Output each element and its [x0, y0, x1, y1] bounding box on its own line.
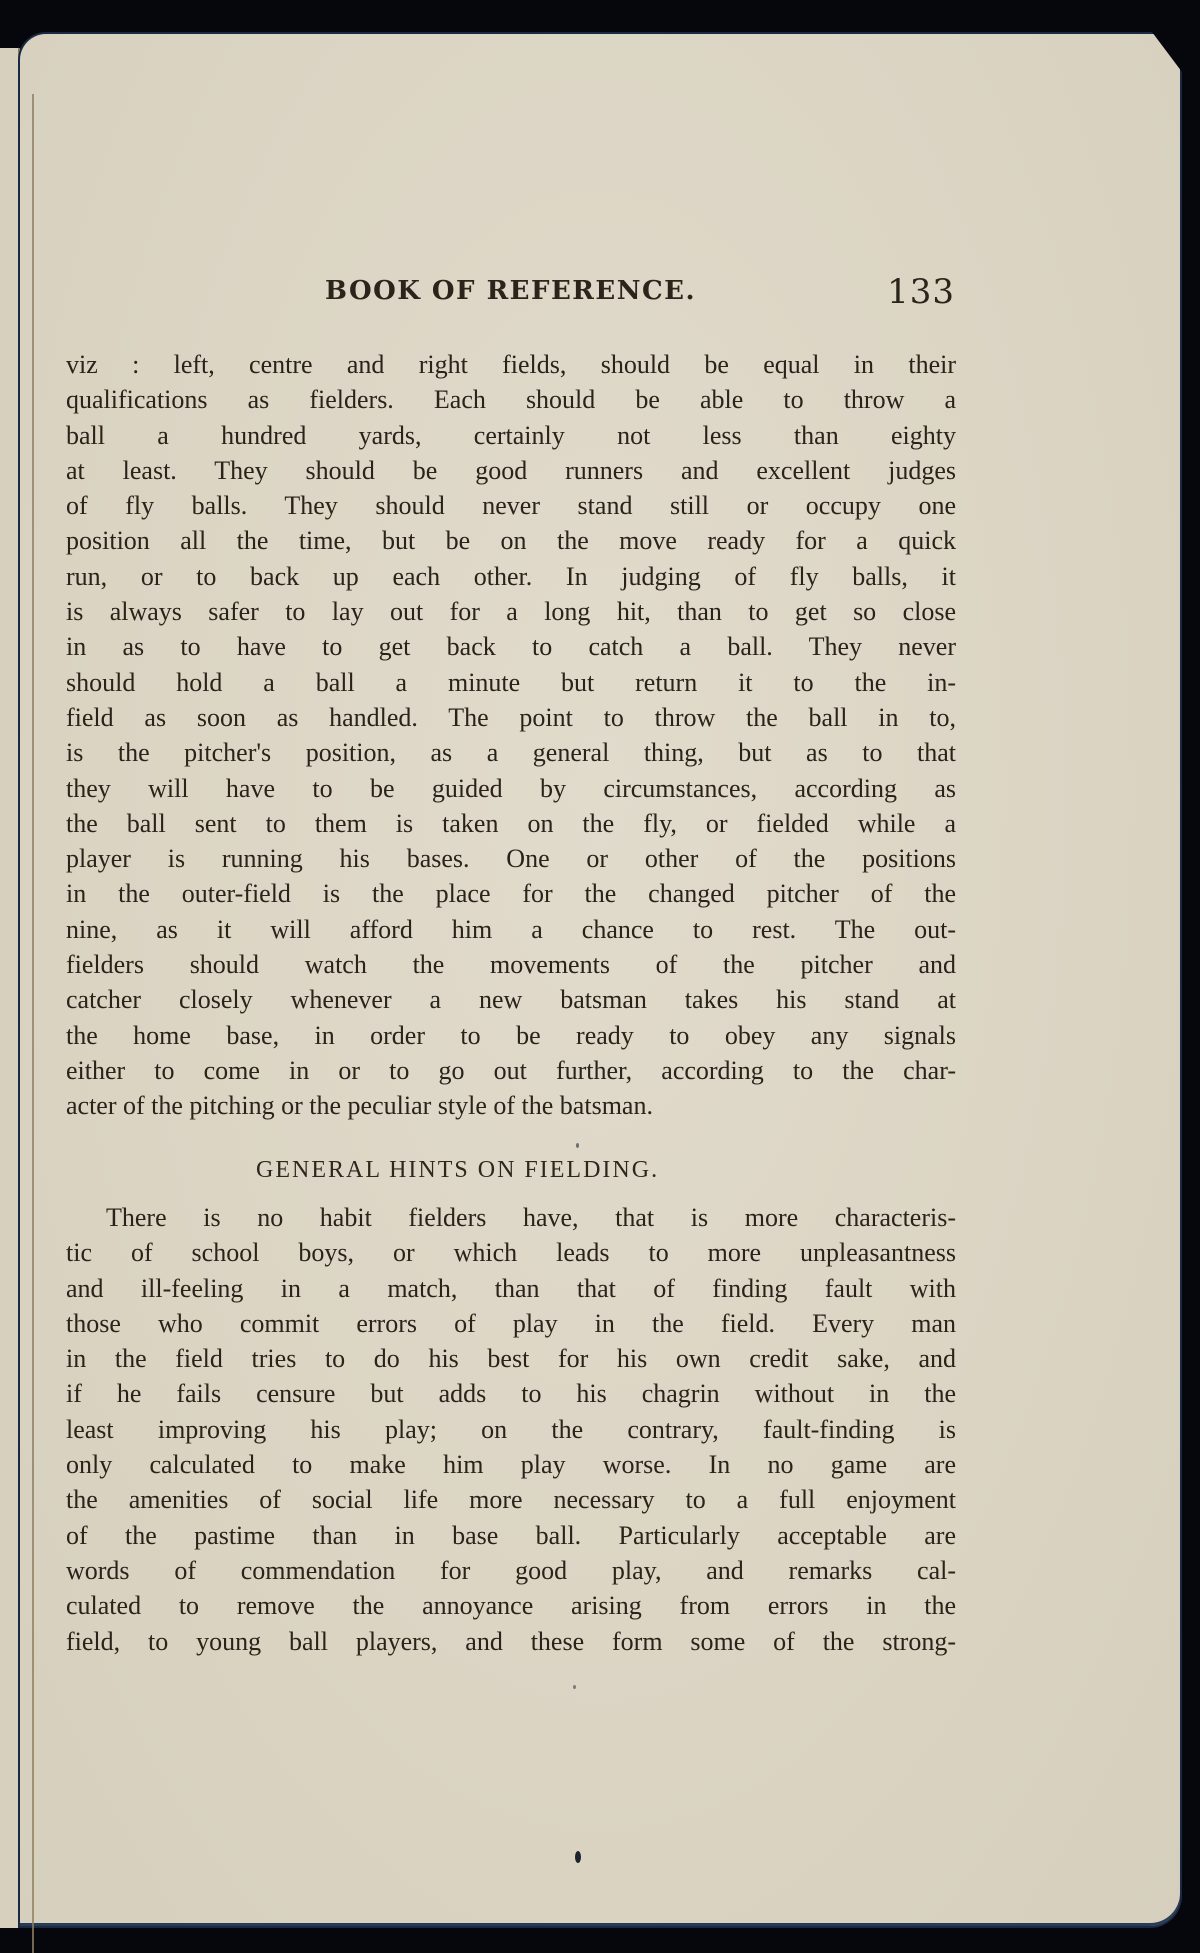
page-number: 133	[887, 272, 955, 312]
text-line: position all the time, but be on the mov…	[66, 523, 956, 558]
text-line: is the pitcher's position, as a general …	[66, 735, 956, 770]
text-line: fielders should watch the movements of t…	[66, 947, 956, 982]
text-line: ball a hundred yards, certainly not less…	[66, 418, 956, 453]
text-line: viz : left, centre and right fields, sho…	[66, 347, 956, 382]
text-line: those who commit errors of play in the f…	[66, 1306, 956, 1341]
text-line: in the field tries to do his best for hi…	[66, 1341, 956, 1376]
text-line: in the outer-field is the place for the …	[66, 876, 956, 911]
text-line: field as soon as handled. The point to t…	[66, 700, 956, 735]
paragraph-fielding-hints: There is no habit fielders have, that is…	[66, 1200, 956, 1659]
text-line: of fly balls. They should never stand st…	[66, 488, 956, 523]
running-title: BOOK OF REFERENCE.	[325, 276, 696, 306]
text-line: acter of the pitching or the peculiar st…	[66, 1088, 956, 1123]
text-line: culated to remove the annoyance arising …	[66, 1588, 956, 1623]
text-line: in as to have to get back to catch a bal…	[66, 629, 956, 664]
text-line: they will have to be guided by circumsta…	[66, 771, 956, 806]
running-head: BOOK OF REFERENCE. 133	[325, 272, 975, 312]
text-line: tic of school boys, or which leads to mo…	[66, 1235, 956, 1270]
text-line: field, to young ball players, and these …	[66, 1624, 956, 1659]
text-line: is always safer to lay out for a long hi…	[66, 594, 956, 629]
text-line: catcher closely whenever a new batsman t…	[66, 982, 956, 1017]
gutter-line	[32, 94, 34, 1953]
page-corner	[1152, 32, 1182, 72]
text-line: only calculated to make him play worse. …	[66, 1447, 956, 1482]
text-line: if he fails censure but adds to his chag…	[66, 1376, 956, 1411]
ink-speck	[576, 1143, 579, 1148]
section-heading: GENERAL HINTS ON FIELDING.	[256, 1157, 659, 1184]
text-line: There is no habit fielders have, that is…	[66, 1200, 956, 1235]
text-line: of the pastime than in base ball. Partic…	[66, 1518, 956, 1553]
text-line: nine, as it will afford him a chance to …	[66, 912, 956, 947]
text-line: player is running his bases. One or othe…	[66, 841, 956, 876]
text-line: run, or to back up each other. In judgin…	[66, 559, 956, 594]
text-line: qualifications as fielders. Each should …	[66, 382, 956, 417]
text-line: either to come in or to go out further, …	[66, 1053, 956, 1088]
text-line: should hold a ball a minute but return i…	[66, 665, 956, 700]
facing-page-edge	[0, 48, 20, 1928]
text-line: least improving his play; on the contrar…	[66, 1412, 956, 1447]
text-line: the home base, in order to be ready to o…	[66, 1018, 956, 1053]
text-line: the ball sent to them is taken on the fl…	[66, 806, 956, 841]
text-line: words of commendation for good play, and…	[66, 1553, 956, 1588]
ink-speck	[575, 1851, 581, 1863]
text-line: the amenities of social life more necess…	[66, 1482, 956, 1517]
paragraph-outfield: viz : left, centre and right fields, sho…	[66, 347, 956, 1124]
ink-speck	[573, 1685, 576, 1689]
text-line: at least. They should be good runners an…	[66, 453, 956, 488]
text-line: and ill-feeling in a match, than that of…	[66, 1271, 956, 1306]
